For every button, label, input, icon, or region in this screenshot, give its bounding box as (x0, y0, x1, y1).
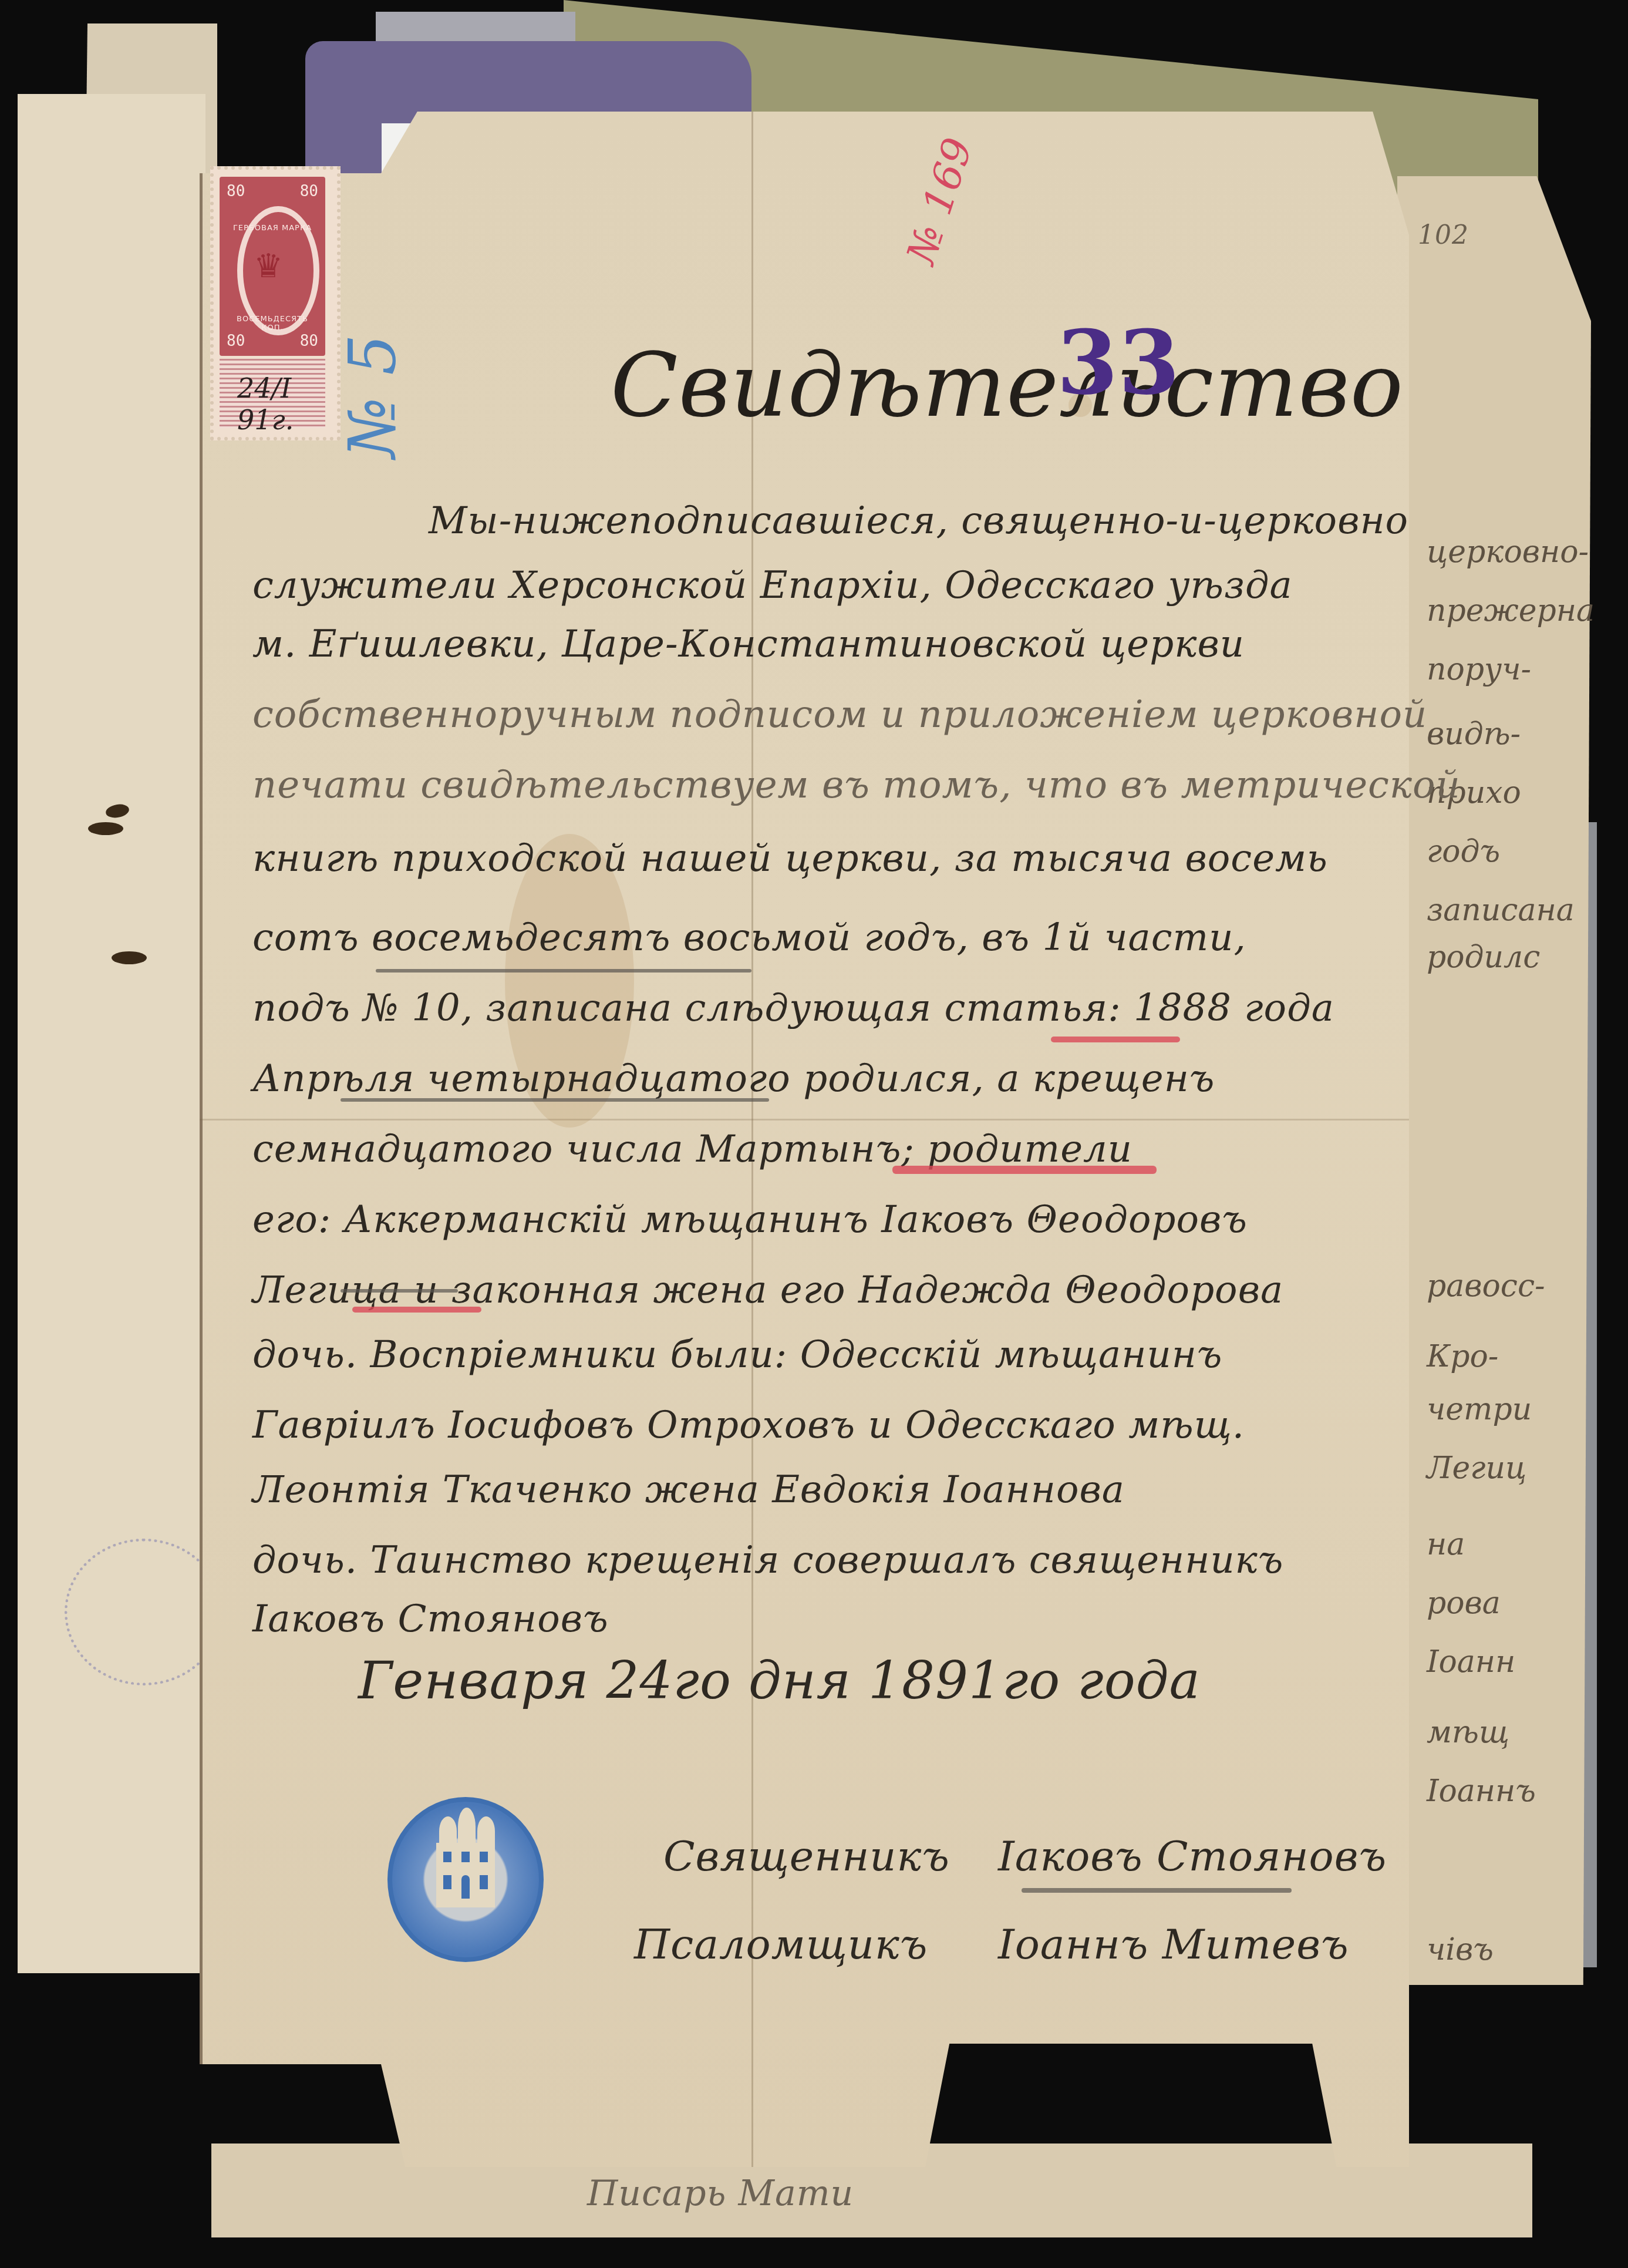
body-line: сотъ восемьдесятъ восьмой годъ, въ 1й ча… (252, 916, 1246, 960)
right-fragment: поруч- (1427, 652, 1531, 687)
stamp-denomination: 80 (300, 183, 318, 200)
document-title: Свидѣтельство (611, 335, 1404, 437)
body-line: Мы-нижеподписавшіеся, священно-и-церковн… (429, 499, 1408, 543)
body-line: дочь. Воспріемники были: Одесскій мѣщани… (252, 1333, 1222, 1377)
right-fragment: Іоаннъ (1427, 1774, 1536, 1809)
right-fragment: прежерна (1427, 593, 1595, 628)
body-line: Іаковъ Стояновъ (252, 1597, 609, 1641)
right-fragment: родилс (1427, 940, 1540, 975)
body-line: Леонтія Ткаченко жена Евдокія Іоаннова (252, 1468, 1125, 1512)
red-pencil-underline (1051, 1037, 1180, 1042)
binding-hole (88, 822, 123, 835)
signature-role-priest: Священникъ (663, 1832, 950, 1880)
right-fragment: равосс- (1427, 1268, 1545, 1304)
graphite-underline (341, 1098, 769, 1102)
signature-name-priest: Іаковъ Стояновъ (998, 1832, 1387, 1880)
body-line: печати свидѣтельствуем въ томъ, что въ м… (252, 763, 1461, 807)
blue-marginal-note: № 5 (335, 334, 410, 458)
stamp-denomination: 80 (300, 332, 318, 350)
body-line: собственноручным подписом и приложеніем … (252, 693, 1427, 736)
right-fragment: мѣщ (1427, 1715, 1509, 1750)
graphite-underline (376, 969, 751, 973)
seal-dome (439, 1816, 457, 1846)
body-line: Апрѣля четырнадцатого родился, а крещенъ (252, 1057, 1215, 1101)
body-line: м. Еґишлевки, Царе-Константиновской церк… (252, 622, 1245, 666)
date-line: Генваря 24го дня 1891го года (358, 1650, 1201, 1711)
stamp-header: ГЕРБОВАЯ МАРКА (224, 224, 321, 233)
sheet-edge (200, 112, 203, 2167)
body-line: Гавріилъ Іосифовъ Отроховъ и Одесскаго м… (252, 1404, 1245, 1447)
seal-window (443, 1875, 451, 1889)
right-fragment: рова (1427, 1586, 1501, 1621)
body-line: служители Херсонской Епархіи, Одесскаго … (252, 564, 1293, 607)
left-folded-sheet (18, 94, 205, 1973)
right-fragment: Кро- (1427, 1339, 1498, 1374)
right-fragment: чівъ (1427, 1932, 1494, 1967)
faint-seal-impression (65, 1539, 223, 1685)
seal-door (461, 1875, 470, 1899)
right-fragment: годъ (1427, 834, 1500, 869)
right-fragment: Легиц (1427, 1451, 1526, 1486)
stamp-value-text: ВОСЕМЬДЕСЯТЬ КОП. (224, 315, 321, 332)
body-line: книгѣ приходской нашей церкви, за тысяча… (252, 837, 1328, 880)
binding-hole (105, 803, 130, 820)
right-fragment: видѣ- (1427, 716, 1521, 752)
seal-church-building (436, 1843, 495, 1907)
signature-name-psalmist: Іоаннъ Митевъ (998, 1920, 1349, 1968)
bottom-sheet-text: Писарь Мати (587, 2173, 854, 2214)
right-fragment: четри (1427, 1392, 1532, 1427)
stamp-cancellation: 24/I 91г. (237, 372, 337, 436)
stamp-denomination: 80 (227, 183, 245, 200)
seal-window (480, 1875, 488, 1889)
revenue-stamp: 80 80 80 80 ГЕРБОВАЯ МАРКА ВОСЕМЬДЕСЯТЬ … (210, 166, 341, 440)
red-pencil-underline (352, 1307, 481, 1313)
right-fragment: Іоанн (1427, 1644, 1515, 1680)
body-line: дочь. Таинство крещенія совершалъ священ… (252, 1539, 1283, 1582)
body-line: семнадцатого числа Мартынъ; родители (252, 1128, 1132, 1171)
right-underlying-sheet (1397, 176, 1591, 1985)
purple-archive-number: 33 (1057, 311, 1181, 415)
right-sheet-number: 102 (1418, 220, 1469, 250)
seal-window (461, 1852, 470, 1862)
stamp-frame: 80 80 80 80 ГЕРБОВАЯ МАРКА ВОСЕМЬДЕСЯТЬ … (220, 177, 325, 356)
binding-hole (112, 951, 147, 964)
body-line: его: Аккерманскій мѣщанинъ Іаковъ Θеодор… (252, 1198, 1248, 1241)
fold-line (200, 1119, 1409, 1120)
seal-window (443, 1852, 451, 1862)
seal-dome (458, 1808, 476, 1846)
seal-dome (477, 1816, 495, 1846)
seal-window (480, 1852, 488, 1862)
church-seal (387, 1797, 544, 1962)
double-headed-eagle-icon: ♛ (254, 247, 283, 285)
right-fragment: на (1427, 1527, 1465, 1562)
signature-role-psalmist: Псаломщикъ (634, 1920, 928, 1968)
stamp-denomination: 80 (227, 332, 245, 350)
graphite-underline (341, 1289, 458, 1293)
right-fragment: записана (1427, 893, 1575, 928)
right-fragment: церковно- (1427, 534, 1589, 570)
signature-underline (1022, 1888, 1292, 1893)
body-line: подъ № 10, записана слѣдующая статья: 18… (252, 987, 1334, 1030)
red-pencil-underline (892, 1166, 1157, 1174)
